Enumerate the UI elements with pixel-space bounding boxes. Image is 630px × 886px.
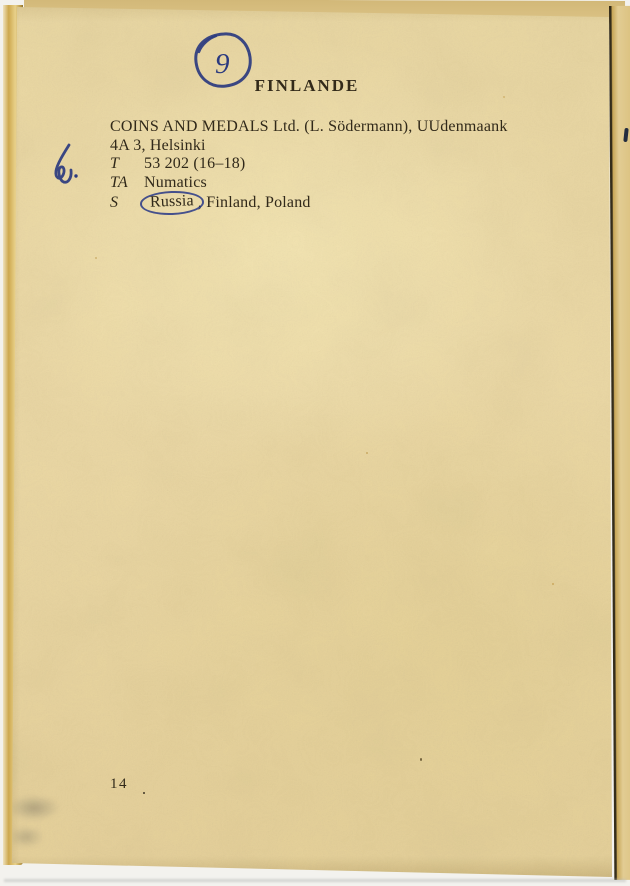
paper-speck (552, 583, 554, 585)
russia-circle-annotation: Russia (140, 190, 205, 216)
field-label-specialty: S (110, 194, 144, 213)
handwritten-margin-mark (48, 138, 92, 194)
scanner-shadow (4, 879, 626, 882)
entry-field-specialty: SRussia, Finland, Poland (110, 192, 570, 216)
entry-field-telephone: T53 202 (16–18) (110, 155, 570, 174)
entry-field-telegraphic-address: TANumatics (110, 174, 570, 193)
margin-mark-dot (74, 174, 77, 177)
field-value-specialty: Russia, Finland, Poland (144, 194, 311, 211)
finger-smudge (8, 795, 60, 821)
entry-address: 4A 3, Helsinki (110, 137, 570, 156)
paper-speck (503, 96, 505, 98)
paper-speck (420, 758, 422, 761)
field-value-telephone: 53 202 (16–18) (144, 155, 245, 172)
paper-speck (366, 452, 368, 454)
page-number: 14 (110, 776, 128, 793)
book-page-scan: 9 FINLANDE COINS AND MEDALS Ltd. (L. Söd… (0, 0, 630, 886)
field-label-telegraphic: TA (110, 174, 144, 193)
paper-speck (143, 792, 145, 794)
margin-mark-stroke (56, 145, 71, 182)
country-heading: FINLANDE (0, 76, 614, 96)
field-label-telephone: T (110, 155, 144, 174)
paper-speck (95, 257, 97, 259)
field-value-specialty-rest: , Finland, Poland (198, 194, 311, 211)
page: 9 FINLANDE COINS AND MEDALS Ltd. (L. Söd… (0, 0, 630, 886)
field-value-telegraphic: Numatics (144, 174, 207, 191)
finger-smudge (8, 826, 44, 848)
directory-entry: COINS AND MEDALS Ltd. (L. Södermann), UU… (110, 118, 570, 216)
entry-name: COINS AND MEDALS Ltd. (L. Södermann), UU… (110, 118, 570, 137)
